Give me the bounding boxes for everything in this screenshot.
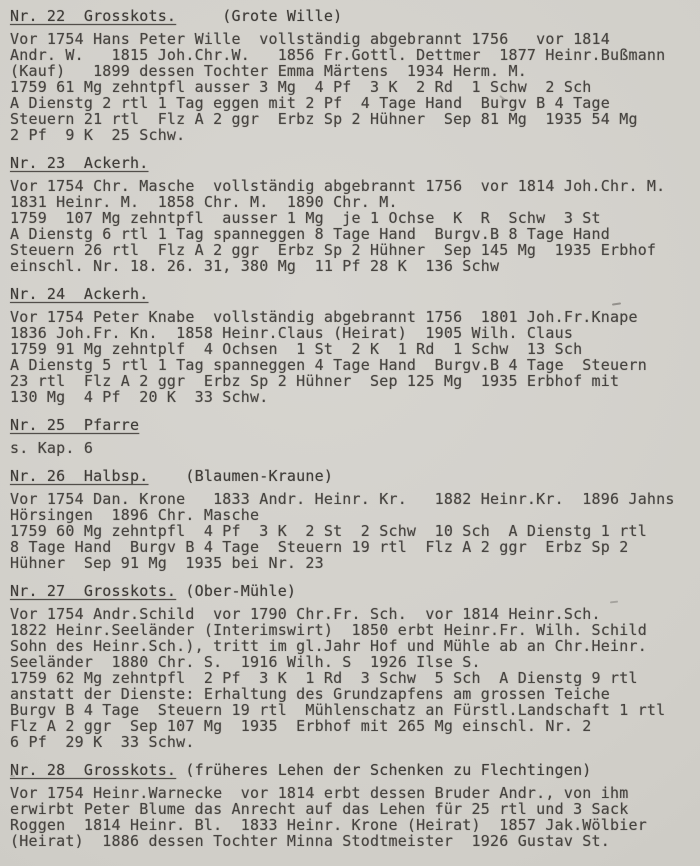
record-text-line: A Dienstg 6 rtl 1 Tag spanneggen 8 Tage … (10, 226, 700, 242)
record-text-line: Hörsingen 1896 Chr. Masche (10, 507, 700, 523)
record-text-line: erwirbt Peter Blume das Anrecht auf das … (10, 801, 700, 817)
record-text-line: Flz A 2 ggr Sep 107 Mg 1935 Erbhof mit 2… (10, 718, 700, 734)
record-subtitle: (Blaumen-Kraune) (148, 467, 333, 485)
record-text-line: Vor 1754 Hans Peter Wille vollständig ab… (10, 31, 700, 47)
record-text-line: Hühner Sep 91 Mg 1935 bei Nr. 23 (10, 555, 700, 571)
document-page: Nr. 22 Grosskots. (Grote Wille)Vor 1754 … (0, 0, 700, 866)
record-number-title: Nr. 22 Grosskots. (10, 7, 176, 25)
record-text-line: einschl. Nr. 18. 26. 31, 380 Mg 11 Pf 28… (10, 258, 700, 274)
record-heading: Nr. 24 Ackerh. (10, 286, 700, 302)
record-text-line: 1759 61 Mg zehntpfl ausser 3 Mg 4 Pf 3 K… (10, 79, 700, 95)
record-heading: Nr. 22 Grosskots. (Grote Wille) (10, 8, 700, 24)
record-text-line: 23 rtl Flz A 2 ggr Erbz Sp 2 Hühner Sep … (10, 373, 700, 389)
record-text-line: s. Kap. 6 (10, 440, 700, 456)
record-text-line: Vor 1754 Heinr.Warnecke vor 1814 erbt de… (10, 785, 700, 801)
record-section: Nr. 25 Pfarres. Kap. 6 (10, 417, 700, 456)
record-text-line: Vor 1754 Chr. Masche vollständig abgebra… (10, 178, 700, 194)
record-text-line: 1831 Heinr. M. 1858 Chr. M. 1890 Chr. M. (10, 194, 700, 210)
record-text-line: A Dienstg 2 rtl 1 Tag eggen mit 2 Pf 4 T… (10, 95, 700, 111)
record-number-title: Nr. 25 Pfarre (10, 416, 139, 434)
record-text-line: 8 Tage Hand Burgv B 4 Tage Steuern 19 rt… (10, 539, 700, 555)
record-subtitle: (Ober-Mühle) (176, 582, 296, 600)
record-text-line: Steuern 26 rtl Flz A 2 ggr Erbz Sp 2 Hüh… (10, 242, 700, 258)
record-text-line: Roggen 1814 Heinr. Bl. 1833 Heinr. Krone… (10, 817, 700, 833)
record-section: Nr. 28 Grosskots. (früheres Lehen der Sc… (10, 762, 700, 849)
record-number-title: Nr. 26 Halbsp. (10, 467, 148, 485)
record-text-line: Vor 1754 Dan. Krone 1833 Andr. Heinr. Kr… (10, 491, 700, 507)
record-section: Nr. 23 Ackerh.Vor 1754 Chr. Masche volls… (10, 155, 700, 274)
record-section: Nr. 22 Grosskots. (Grote Wille)Vor 1754 … (10, 8, 700, 143)
record-text-line: 130 Mg 4 Pf 20 K 33 Schw. (10, 389, 700, 405)
record-subtitle: (Grote Wille) (176, 7, 342, 25)
record-subtitle: (früheres Lehen der Schenken zu Flechtin… (176, 761, 591, 779)
record-number-title: Nr. 27 Grosskots. (10, 582, 176, 600)
record-text: s. Kap. 6 (10, 440, 700, 456)
record-text-line: 1836 Joh.Fr. Kn. 1858 Heinr.Claus (Heira… (10, 325, 700, 341)
record-text-line: (Kauf) 1899 dessen Tochter Emma Märtens … (10, 63, 700, 79)
record-heading: Nr. 23 Ackerh. (10, 155, 700, 171)
record-section: Nr. 27 Grosskots. (Ober-Mühle)Vor 1754 A… (10, 583, 700, 750)
record-sections: Nr. 22 Grosskots. (Grote Wille)Vor 1754 … (10, 8, 700, 849)
record-text-line: Seeländer 1880 Chr. S. 1916 Wilh. S 1926… (10, 654, 700, 670)
record-text-line: anstatt der Dienste: Erhaltung des Grund… (10, 686, 700, 702)
record-text-line: Steuern 21 rtl Flz A 2 ggr Erbz Sp 2 Hüh… (10, 111, 700, 127)
record-number-title: Nr. 24 Ackerh. (10, 285, 148, 303)
record-text-line: (Heirat) 1886 dessen Tochter Minna Stodt… (10, 833, 700, 849)
record-text-line: 1759 60 Mg zehntpfl 4 Pf 3 K 2 St 2 Schw… (10, 523, 700, 539)
record-text: Vor 1754 Peter Knabe vollständig abgebra… (10, 309, 700, 405)
record-number-title: Nr. 28 Grosskots. (10, 761, 176, 779)
record-text: Vor 1754 Hans Peter Wille vollständig ab… (10, 31, 700, 143)
record-number-title: Nr. 23 Ackerh. (10, 154, 148, 172)
record-section: Nr. 24 Ackerh.Vor 1754 Peter Knabe volls… (10, 286, 700, 405)
record-text-line: 1822 Heinr.Seeländer (Interimswirt) 1850… (10, 622, 700, 638)
record-heading: Nr. 27 Grosskots. (Ober-Mühle) (10, 583, 700, 599)
record-text: Vor 1754 Chr. Masche vollständig abgebra… (10, 178, 700, 274)
record-text: Vor 1754 Andr.Schild vor 1790 Chr.Fr. Sc… (10, 606, 700, 750)
record-heading: Nr. 25 Pfarre (10, 417, 700, 433)
record-text-line: Burgv B 4 Tage Steuern 19 rtl Mühlenscha… (10, 702, 700, 718)
record-text-line: 2 Pf 9 K 25 Schw. (10, 127, 700, 143)
record-text: Vor 1754 Dan. Krone 1833 Andr. Heinr. Kr… (10, 491, 700, 571)
record-heading: Nr. 26 Halbsp. (Blaumen-Kraune) (10, 468, 700, 484)
record-text: Vor 1754 Heinr.Warnecke vor 1814 erbt de… (10, 785, 700, 849)
record-text-line: Sohn des Heinr.Sch.), tritt im gl.Jahr H… (10, 638, 700, 654)
record-text-line: Andr. W. 1815 Joh.Chr.W. 1856 Fr.Gottl. … (10, 47, 700, 63)
record-section: Nr. 26 Halbsp. (Blaumen-Kraune)Vor 1754 … (10, 468, 700, 571)
record-heading: Nr. 28 Grosskots. (früheres Lehen der Sc… (10, 762, 700, 778)
record-text-line: Vor 1754 Andr.Schild vor 1790 Chr.Fr. Sc… (10, 606, 700, 622)
record-text-line: A Dienstg 5 rtl 1 Tag spanneggen 4 Tage … (10, 357, 700, 373)
record-text-line: 1759 91 Mg zehntplf 4 Ochsen 1 St 2 K 1 … (10, 341, 700, 357)
record-text-line: 6 Pf 29 K 33 Schw. (10, 734, 700, 750)
record-text-line: 1759 107 Mg zehntpfl ausser 1 Mg je 1 Oc… (10, 210, 700, 226)
record-text-line: 1759 62 Mg zehntpfl 2 Pf 3 K 1 Rd 3 Schw… (10, 670, 700, 686)
record-text-line: Vor 1754 Peter Knabe vollständig abgebra… (10, 309, 700, 325)
